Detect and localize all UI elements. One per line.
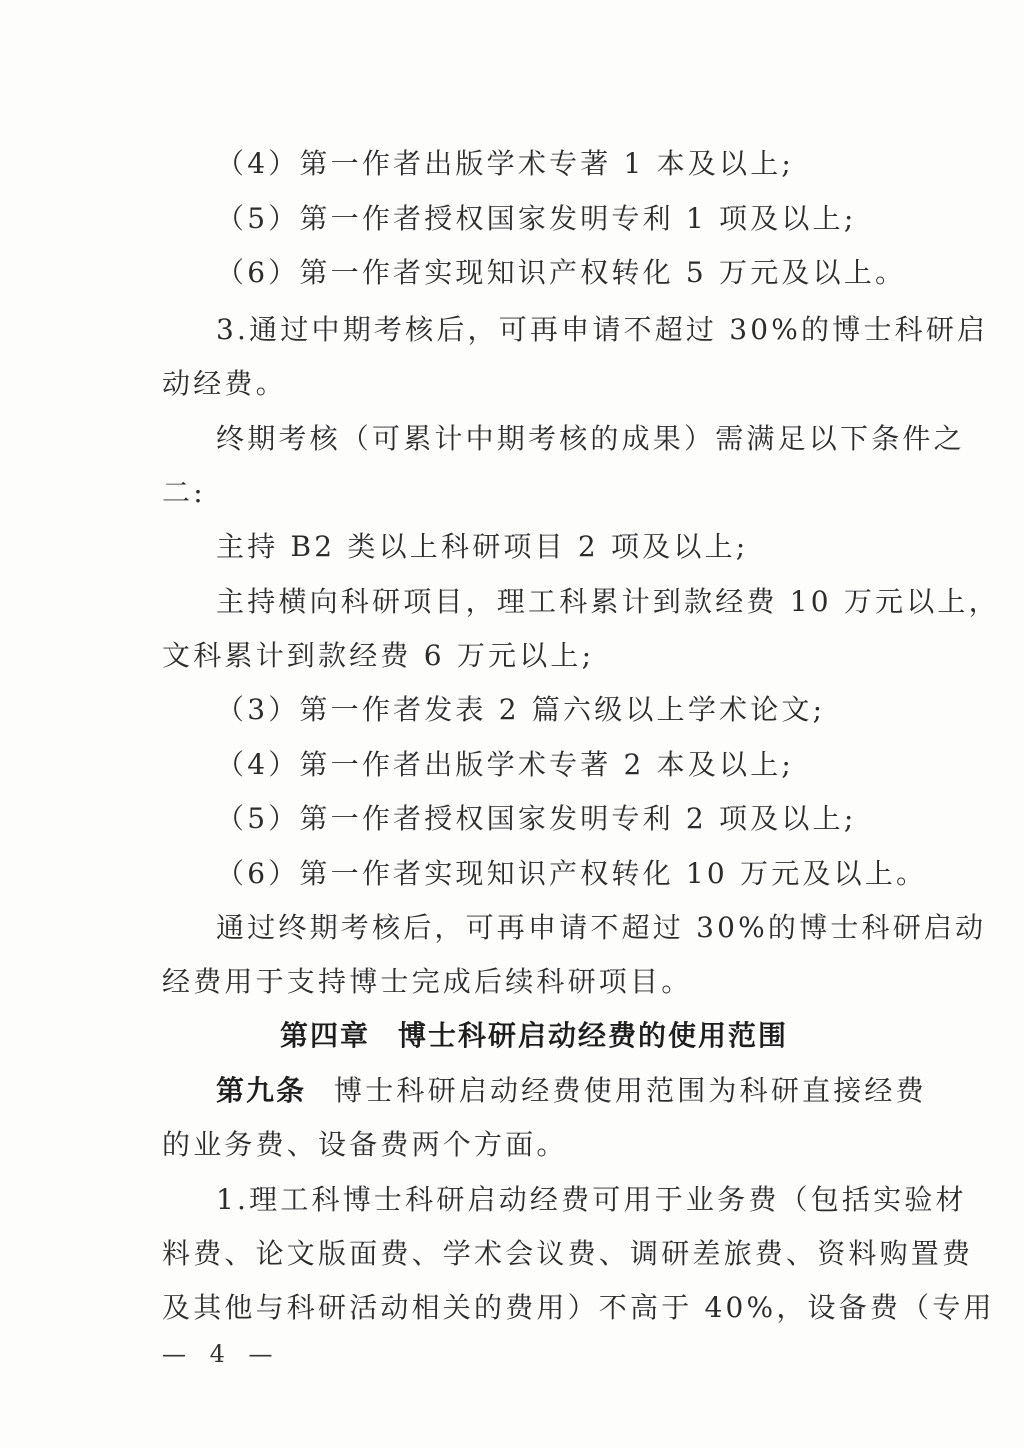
list-item-5-first-stage: （5）第一作者授权国家发明专利 1 项及以上; xyxy=(216,202,856,236)
chapter-number: 第四章 xyxy=(280,1019,370,1052)
article-text: 博士科研启动经费使用范围为科研直接经费 xyxy=(334,1074,927,1107)
list-item-4-first-stage: （4）第一作者出版学术专著 1 本及以上; xyxy=(216,147,794,181)
condition-horizontal-projects-line-1: 主持横向科研项目，理工科累计到款经费 10 万元以上， xyxy=(216,585,1000,619)
list-item-6-final: （6）第一作者实现知识产权转化 10 万元及以上。 xyxy=(216,857,927,891)
paragraph-after-final-line-2: 经费用于支持博士完成后续科研项目。 xyxy=(162,965,692,999)
condition-horizontal-projects-line-2: 文科累计到款经费 6 万元以上; xyxy=(162,639,594,673)
paragraph-1-line-3: 及其他与科研活动相关的费用）不高于 40%，设备费（专用 xyxy=(162,1291,995,1325)
paragraph-after-final-line-1: 通过终期考核后，可再申请不超过 30%的博士科研启动 xyxy=(216,911,986,945)
chapter-title: 博士科研启动经费的使用范围 xyxy=(398,1019,788,1052)
list-item-4-final: （4）第一作者出版学术专著 2 本及以上; xyxy=(216,748,794,782)
document-page: （4）第一作者出版学术专著 1 本及以上; （5）第一作者授权国家发明专利 1 … xyxy=(0,0,1024,1448)
paragraph-1-line-2: 料费、论文版面费、学术会议费、调研差旅费、资料购置费 xyxy=(162,1237,973,1271)
paragraph-final-review-line-2: 二: xyxy=(162,476,206,510)
list-item-3-final: （3）第一作者发表 2 篇六级以上学术论文; xyxy=(216,693,825,727)
chapter-heading: 第四章博士科研启动经费的使用范围 xyxy=(280,1019,788,1053)
article-9-line-1: 第九条博士科研启动经费使用范围为科研直接经费 xyxy=(216,1074,927,1108)
condition-b2-projects: 主持 B2 类以上科研项目 2 项及以上; xyxy=(216,530,748,564)
paragraph-1-line-1: 1.理工科博士科研启动经费可用于业务费（包括实验材 xyxy=(216,1183,967,1217)
paragraph-mid-review-line-2: 动经费。 xyxy=(162,367,287,401)
list-item-6-first-stage: （6）第一作者实现知识产权转化 5 万元及以上。 xyxy=(216,256,906,290)
article-label: 第九条 xyxy=(216,1074,306,1107)
paragraph-mid-review-line-1: 3.通过中期考核后，可再申请不超过 30%的博士科研启 xyxy=(216,313,988,347)
list-item-5-final: （5）第一作者授权国家发明专利 2 项及以上; xyxy=(216,802,856,836)
article-9-line-2: 的业务费、设备费两个方面。 xyxy=(162,1128,568,1162)
page-number: — 4 — xyxy=(162,1340,281,1368)
paragraph-final-review-line-1: 终期考核（可累计中期考核的成果）需满足以下条件之 xyxy=(216,422,965,456)
